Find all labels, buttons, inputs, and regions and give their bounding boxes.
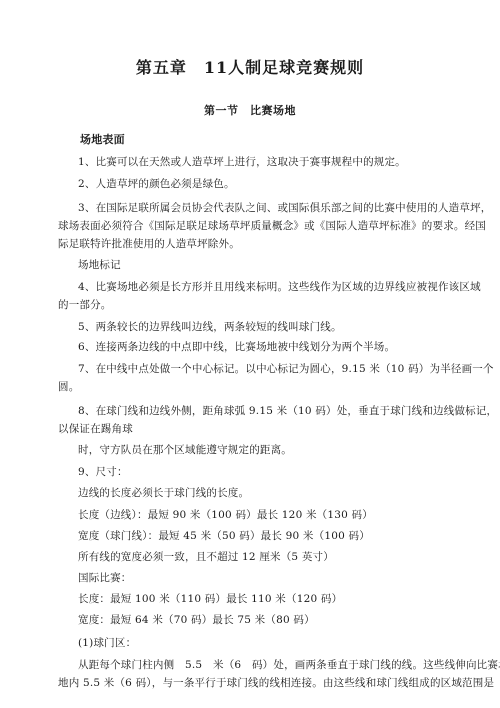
paragraph-line: 国际比赛： [78,571,132,585]
paragraph-line: 球场表面必须符合《国际足联足球场草坪质量概念》或《国际人造草坪标准》的要求。经国 [58,219,486,233]
paragraph-line: 宽度：最短 64 米（70 码）最长 75 米（80 码） [78,613,315,627]
paragraph-line: 边线的长度必须长于球门线的长度。 [78,486,249,500]
paragraph-line: 际足联特许批准使用的人造草坪除外。 [58,237,240,251]
paragraph-line: 长度（边线）：最短 90 米（100 码）最长 120 米（130 码） [78,508,373,522]
section-title: 第一节 比赛场地 [0,102,500,118]
paragraph-line: 5、两条较长的边界线叫边线，两条较短的线叫球门线。 [78,320,342,334]
paragraph-line: 7、在中线中点处做一个中心标记。以中心标记为圆心，9.15 米（10 码）为半径… [78,362,494,376]
paragraph-line: 从距每个球门柱内侧 5.5 米（6 码）处，画两条垂直于球门线的线。这些线伸向比… [78,658,500,672]
paragraph-line: 6、连接两条边线的中点即中线，比赛场地被中线划分为两个半场。 [78,340,395,354]
paragraph-line: 时，守方队员在那个区域能遵守规定的距离。 [78,443,292,457]
paragraph-line: 宽度（球门线）：最短 45 米（50 码）最长 90 米（100 码） [78,529,370,543]
subheading-goal-area: (1)球门区： [78,636,136,650]
paragraph-line: 2、人造草坪的颜色必须是绿色。 [78,177,235,191]
paragraph-line: 所有线的宽度必须一致，且不超过 12 厘米（5 英寸） [78,550,334,564]
paragraph-line: 的一部分。 [58,298,112,312]
paragraph-line: 以保证在踢角球 [58,422,133,436]
paragraph-line: 4、比赛场地必须是长方形并且用线来标明。这些线作为区域的边界线应被视作该区域 [78,280,481,294]
subheading-field-markings: 场地标记 [78,258,121,272]
paragraph-line: 8、在球门线和边线外侧，距角球弧 9.15 米（10 码）处，垂直于球门线和边线… [78,404,497,418]
document-page: 第五章 11人制足球竞赛规则 第一节 比赛场地 场地表面 1、比赛可以在天然或人… [0,0,500,708]
paragraph-line: 3、在国际足联所属会员协会代表队之间、或国际俱乐部之间的比赛中使用的人造草坪， [78,201,491,215]
paragraph-line: 9、尺寸： [78,465,128,479]
paragraph-line: 1、比赛可以在天然或人造草坪上进行，这取决于赛事规程中的规定。 [78,155,406,169]
paragraph-line: 圆。 [58,380,79,394]
paragraph-line: 地内 5.5 米（6 码），与一条平行于球门线的线相连接。由这些线和球门线组成的… [58,676,494,690]
paragraph-line: 长度：最短 100 米（110 码）最长 110 米（120 码） [78,592,342,606]
subheading-field-surface: 场地表面 [80,133,125,147]
chapter-title: 第五章 11人制足球竞赛规则 [0,55,500,78]
